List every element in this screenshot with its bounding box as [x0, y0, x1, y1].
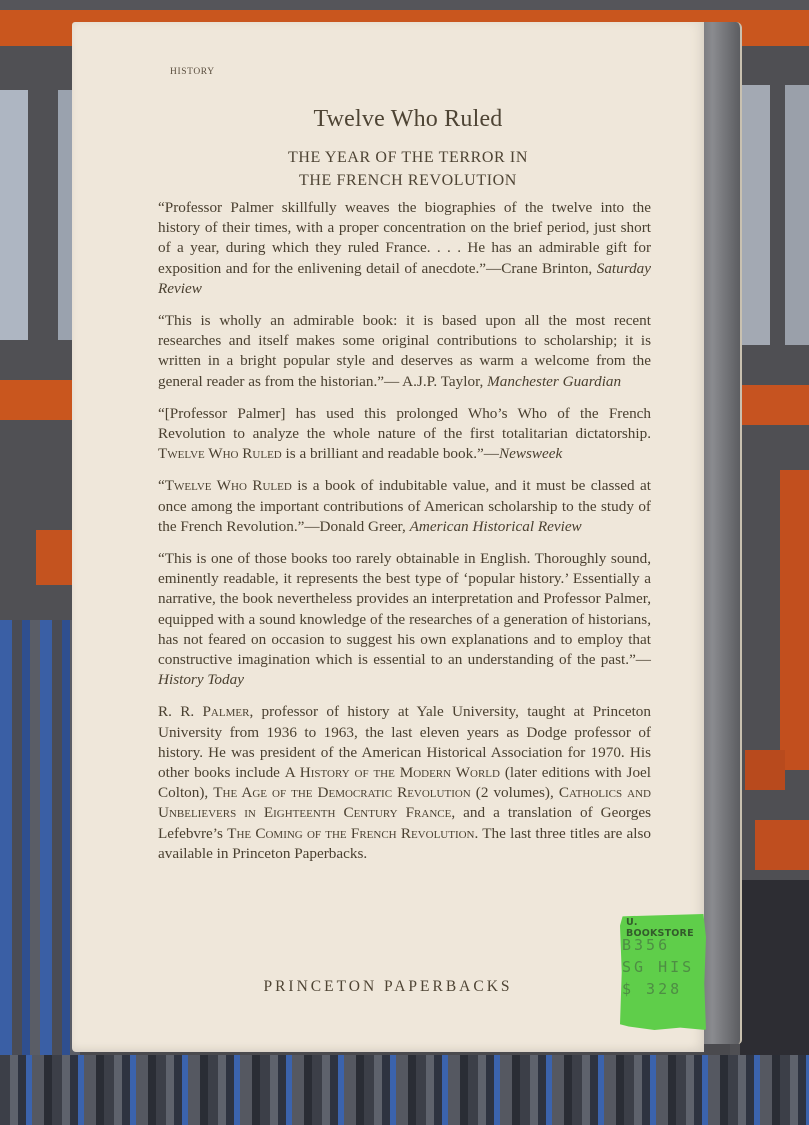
- carpet-stripe: [0, 620, 80, 1125]
- publisher-imprint: PRINCETON PAPERBACKS: [72, 978, 704, 996]
- bio-text: (2 volumes),: [471, 784, 559, 801]
- carpet-stripe: [745, 750, 785, 790]
- cover-panel: HISTORY Twelve Who Ruled THE YEAR OF THE…: [72, 22, 704, 1052]
- review-quote: “Professor Palmer skillfully weaves the …: [158, 198, 651, 299]
- subtitle-line: THE FRENCH REVOLUTION: [72, 169, 744, 192]
- review-source: Newsweek: [499, 445, 562, 462]
- bio-book-title: The Age of the Democratic Revolution: [213, 784, 471, 801]
- book-title: Twelve Who Ruled: [72, 106, 744, 133]
- bio-book-title: A History of the Modern World: [285, 764, 500, 781]
- price-sticker: U. BOOKSTORE B356 SG HIS $ 328: [620, 914, 706, 1030]
- review-quote: “This is wholly an admirable book: it is…: [158, 311, 651, 392]
- carpet-stripe: [740, 385, 809, 425]
- carpet-stripe: [780, 470, 809, 770]
- author-name: R. R. Palmer: [158, 703, 249, 720]
- review-text: “This is one of those books too rarely o…: [158, 550, 651, 668]
- review-text: is a brilliant and readable book.”—: [282, 445, 499, 462]
- review-quote: “This is one of those books too rarely o…: [158, 549, 651, 690]
- carpet-stripe: [785, 85, 809, 345]
- author-bio: R. R. Palmer, professor of history at Ya…: [158, 702, 651, 864]
- subtitle-line: THE YEAR OF THE TERROR IN: [72, 146, 744, 169]
- carpet-stripe: [0, 380, 80, 420]
- carpet-stripe: [755, 820, 809, 870]
- review-source: Manchester Guardian: [487, 373, 621, 390]
- bio-book-title: The Coming of the French Revolution: [227, 825, 474, 842]
- review-source: History Today: [158, 671, 244, 688]
- review-text: “Professor Palmer skillfully weaves the …: [158, 199, 651, 277]
- sticker-line: B356: [622, 936, 670, 954]
- carpet-stripe: [740, 85, 770, 345]
- review-text: “: [158, 477, 165, 494]
- review-source: American Historical Review: [410, 518, 582, 535]
- sticker-line: SG HIS: [622, 958, 694, 976]
- sticker-price: $ 328: [622, 980, 682, 998]
- carpet-stripe: [0, 1055, 809, 1125]
- blurb-text: “Professor Palmer skillfully weaves the …: [158, 198, 651, 876]
- review-quote: “Twelve Who Ruled is a book of indubitab…: [158, 476, 651, 537]
- carpet-stripe: [0, 90, 28, 340]
- review-book-title: Twelve Who Ruled: [158, 445, 282, 462]
- review-text: “[Professor Palmer] has used this prolon…: [158, 405, 651, 442]
- review-book-title: Twelve Who Ruled: [165, 477, 292, 494]
- category-label: HISTORY: [170, 67, 215, 77]
- book-subtitle: THE YEAR OF THE TERROR IN THE FRENCH REV…: [72, 146, 744, 192]
- review-quote: “[Professor Palmer] has used this prolon…: [158, 404, 651, 465]
- book-back-cover: HISTORY Twelve Who Ruled THE YEAR OF THE…: [72, 22, 742, 1052]
